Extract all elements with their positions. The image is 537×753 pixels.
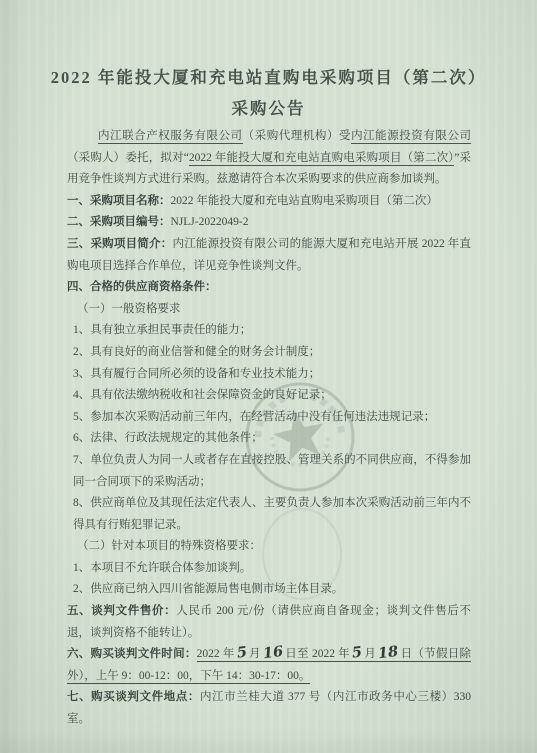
document-title: 2022 年能投大厦和充电站直购电采购项目（第二次） 采购公告 [0, 62, 537, 124]
handwritten-day: 18 [376, 652, 400, 655]
requirement-item: 8、供应商单位及其现任法定代表人、主要负责人参加本次采购活动前三年内不得具有行贿… [67, 493, 471, 536]
section-supplier-qualifications: 四、合格的供应商资格条件： [67, 277, 471, 299]
section-label: 二、采购项目编号： [67, 216, 171, 228]
section-project-number: 二、采购项目编号：NJLJ-2022049-2 [67, 212, 471, 234]
scanned-document-page: 2022 年能投大厦和充电站直购电采购项目（第二次） 采购公告 内江联合产权服务… [0, 0, 537, 753]
intro-seg: （采购代理机构）受 [243, 130, 351, 142]
project-name-underlined: 2022 年能投大厦和充电站直购电采购项目（第二次） [189, 152, 454, 166]
handwritten-month: 5 [235, 652, 249, 654]
title-line-1: 2022 年能投大厦和充电站直购电采购项目（第二次） [0, 62, 537, 93]
requirement-item: 4、具有依法缴纳税收和社会保障资金的良好记录； [67, 385, 471, 407]
handwritten-day: 16 [261, 652, 285, 655]
requirement-item: 7、单位负责人为同一人或者存在直接控股、管理关系的不同供应商，不得参加同一合同项… [67, 450, 471, 493]
section-project-name: 一、采购项目名称：2022 年能投大厦和充电站直购电采购项目（第二次） [67, 191, 471, 213]
intro-seg: （采购人）委托，拟对“ [67, 152, 189, 164]
requirement-item: 6、法律、行政法规规定的其他条件； [67, 428, 471, 450]
purchaser-name: 内江能源投资有限公司 [351, 130, 471, 144]
requirement-item: 2、具有良好的商业信誉和健全的财务会计制度； [67, 342, 471, 364]
section-label: 六、购买谈判文件时间： [67, 648, 197, 660]
title-line-2: 采购公告 [0, 93, 537, 124]
section-label: 四、合格的供应商资格条件： [67, 281, 217, 293]
printed-text: 2022 年 [197, 648, 235, 660]
section-value: NJLJ-2022049-2 [171, 216, 249, 228]
general-requirements-header: （一）一般资格要求 [67, 299, 471, 321]
printed-text: 月 [364, 648, 376, 660]
section-label: 五、谈判文件售价： [67, 605, 176, 617]
section-label: 七、购买谈判文件地点： [67, 691, 200, 703]
section-purchase-location: 七、购买谈判文件地点：内江市兰桂大道 377 号（内江市政务中心三楼）330 室… [67, 687, 471, 730]
requirement-item: 2、供应商已纳入四川省能源局售电侧市场主体目录。 [67, 579, 471, 601]
section-purchase-time: 六、购买谈判文件时间：2022 年5月16日至 2022 年5月18日（节假日除… [67, 644, 471, 687]
agency-name: 内江联合产权服务有限公司 [98, 130, 243, 144]
section-label: 一、采购项目名称： [67, 195, 171, 207]
requirement-item: 5、参加本次采购活动前三年内，在经营活动中没有任何违法违规记录； [67, 407, 471, 429]
handwritten-month: 5 [350, 652, 364, 654]
requirement-item: 1、具有独立承担民事责任的能力； [67, 320, 471, 342]
section-project-brief: 三、采购项目简介：内江能源投资有限公司的能源大厦和充电站开展 2022 年直购电… [67, 234, 471, 277]
section-label: 三、采购项目简介： [67, 238, 172, 250]
section-value: 2022 年能投大厦和充电站直购电采购项目（第二次） [171, 195, 438, 207]
document-body: 内江联合产权服务有限公司（采购代理机构）受内江能源投资有限公司（采购人）委托，拟… [67, 126, 471, 731]
section-document-price: 五、谈判文件售价：人民币 200 元/份（请供应商自备现金；谈判文件售后不退，谈… [67, 601, 471, 644]
special-requirements-header: （二）针对本项目的特殊资格要求： [67, 536, 471, 558]
printed-text: 月 [249, 648, 261, 660]
requirement-item: 3、具有履行合同所必须的设备和专业技术能力； [67, 364, 471, 386]
printed-text: 日至 2022 年 [285, 648, 350, 660]
requirement-item: 1、本项目不允许联合体参加谈判。 [67, 558, 471, 580]
intro-paragraph: 内江联合产权服务有限公司（采购代理机构）受内江能源投资有限公司（采购人）委托，拟… [67, 126, 471, 191]
